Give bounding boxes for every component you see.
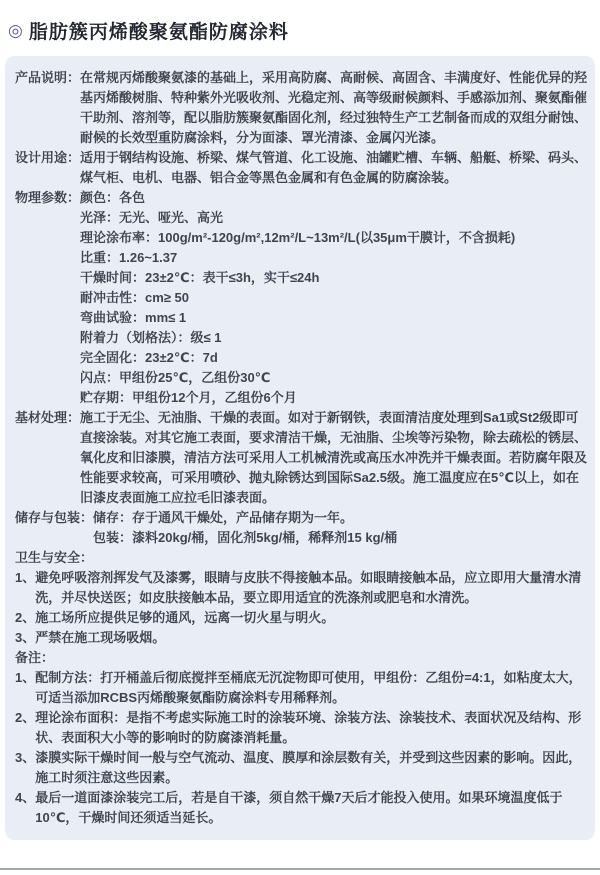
section-label: 物理参数： [15,188,80,208]
list-number: 4、 [15,788,35,808]
list-number: 3、 [15,748,35,768]
section-item: 附着力（划格法）：级≤ 1 [80,328,589,348]
section-item: 完全固化：23±2℃：7d [80,348,589,368]
section-items: 储存：存于通风干燥处，产品储存期为一年。包装：漆料20kg/桶，固化剂5kg/桶… [93,508,589,548]
list-item: 3、漆膜实际干燥时间一般与空气流动、温度、膜厚和涂层数有关，并受到这些因素的影响… [15,748,589,788]
section-label: 产品说明： [15,68,80,88]
document-page: { "page": { "bullet_icon": "◎", "title":… [0,0,600,875]
section-item: 在常规丙烯酸聚氨漆的基础上，采用高防腐、高耐候、高固含、丰满度好、性能优异的羟基… [80,68,589,148]
section-item: 施工于无尘、无油脂、干燥的表面。如对于新钢铁，表面清洁度处理到Sa1或St2级即… [80,408,589,508]
footer-divider [0,868,600,870]
page-title-text: 脂肪簇丙烯酸聚氨酯防腐涂料 [29,17,289,44]
section-item: 比重：1.26~1.37 [80,248,589,268]
section-item: 弯曲试验：mm≤ 1 [80,308,589,328]
section-产品说明: 产品说明：在常规丙烯酸聚氨漆的基础上，采用高防腐、高耐候、高固含、丰满度好、性能… [15,68,589,148]
section-设计用途: 设计用途：适用于钢结构设施、桥梁、煤气管道、化工设施、油罐贮槽、车辆、船艇、桥梁… [15,148,589,188]
section-物理参数: 物理参数：颜色：各色光泽：无光、哑光、高光理论涂布率：100g/m²-120g/… [15,188,589,408]
section-label: 设计用途： [15,148,80,168]
list-text: 严禁在施工现场吸烟。 [35,628,589,648]
list-number: 2、 [15,608,35,628]
section-item: 贮存期：甲组份12个月，乙组份6个月 [80,388,589,408]
list-text: 最后一道面漆涂装完工后，若是自干漆，须自然干燥7天后才能投入使用。如果环境温度低… [35,788,589,828]
section-储存与包装: 储存与包装：储存：存于通风干燥处，产品储存期为一年。包装：漆料20kg/桶，固化… [15,508,589,548]
content-panel: 产品说明：在常规丙烯酸聚氨漆的基础上，采用高防腐、高耐候、高固含、丰满度好、性能… [5,56,595,840]
list-number: 3、 [15,628,35,648]
list-text: 理论涂布面积：是指不考虑实际施工时的涂装环境、涂装方法、涂装技术、表面状况及结构… [35,708,589,748]
list-number: 1、 [15,668,35,688]
section-item: 包装：漆料20kg/桶，固化剂5kg/桶，稀释剂15 kg/桶 [93,528,589,548]
section-items: 在常规丙烯酸聚氨漆的基础上，采用高防腐、高耐候、高固含、丰满度好、性能优异的羟基… [80,68,589,148]
section-item: 干燥时间：23±2℃：表干≤3h，实干≤24h [80,268,589,288]
title-bullet-icon: ◎ [8,22,23,39]
list-text: 漆膜实际干燥时间一般与空气流动、温度、膜厚和涂层数有关，并受到这些因素的影响。因… [35,748,589,788]
section-item: 储存：存于通风干燥处，产品储存期为一年。 [93,508,589,528]
section-item: 颜色：各色 [80,188,589,208]
section-heading: 备注： [15,648,589,668]
section-基材处理: 基材处理：施工于无尘、无油脂、干燥的表面。如对于新钢铁，表面清洁度处理到Sa1或… [15,408,589,508]
list-item: 4、最后一道面漆涂装完工后，若是自干漆，须自然干燥7天后才能投入使用。如果环境温… [15,788,589,828]
page-title: ◎ 脂肪簇丙烯酸聚氨酯防腐涂料 [0,0,600,44]
list-number: 2、 [15,708,35,728]
section-items: 颜色：各色光泽：无光、哑光、高光理论涂布率：100g/m²-120g/m²,12… [80,188,589,408]
list-text: 避免呼吸溶剂挥发气及漆雾，眼睛与皮肤不得接触本品。如眼睛接触本品，应立即用大量清… [35,568,589,608]
section-items: 适用于钢结构设施、桥梁、煤气管道、化工设施、油罐贮槽、车辆、船艇、桥梁、码头、煤… [80,148,589,188]
section-heading: 卫生与安全： [15,548,589,568]
section-item: 光泽：无光、哑光、高光 [80,208,589,228]
list-item: 1、避免呼吸溶剂挥发气及漆雾，眼睛与皮肤不得接触本品。如眼睛接触本品，应立即用大… [15,568,589,608]
section-label: 储存与包装： [15,508,93,528]
section-items: 施工于无尘、无油脂、干燥的表面。如对于新钢铁，表面清洁度处理到Sa1或St2级即… [80,408,589,508]
list-text: 施工场所应提供足够的通风，远离一切火星与明火。 [35,608,589,628]
list-number: 1、 [15,568,35,588]
list-item: 2、理论涂布面积：是指不考虑实际施工时的涂装环境、涂装方法、涂装技术、表面状况及… [15,708,589,748]
section-item: 闪点：甲组份25℃，乙组份30℃ [80,368,589,388]
list-text: 配制方法：打开桶盖后彻底搅拌至桶底无沉淀物即可使用，甲组份：乙组份=4:1，如粘… [35,668,589,708]
section-item: 理论涂布率：100g/m²-120g/m²,12m²/L~13m²/L(以35μ… [80,228,589,248]
list-item: 1、配制方法：打开桶盖后彻底搅拌至桶底无沉淀物即可使用，甲组份：乙组份=4:1，… [15,668,589,708]
section-item: 耐冲击性：cm≥ 50 [80,288,589,308]
section-label: 基材处理： [15,408,80,428]
list-item: 3、严禁在施工现场吸烟。 [15,628,589,648]
list-item: 2、施工场所应提供足够的通风，远离一切火星与明火。 [15,608,589,628]
section-item: 适用于钢结构设施、桥梁、煤气管道、化工设施、油罐贮槽、车辆、船艇、桥梁、码头、煤… [80,148,589,188]
